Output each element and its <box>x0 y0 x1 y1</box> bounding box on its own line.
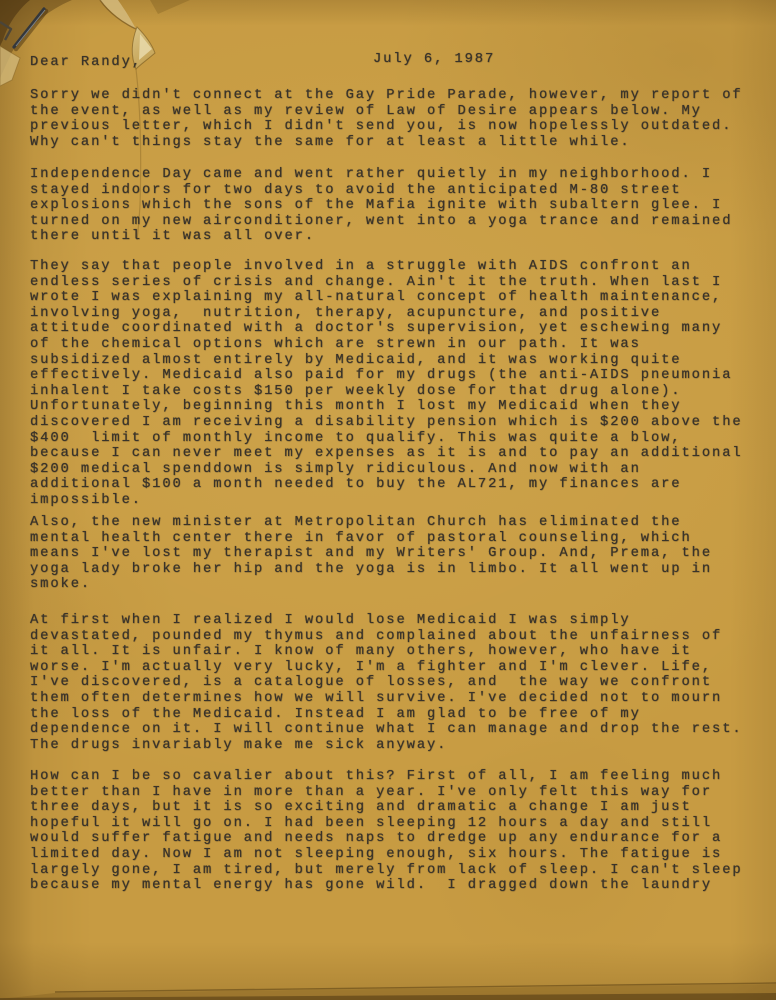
salutation: Dear Randy, <box>30 55 142 71</box>
letter-paragraph: How can I be so cavalier about this? Fir… <box>30 769 743 894</box>
staple-shadow <box>16 11 46 49</box>
corner-shadow-inner <box>0 0 30 46</box>
letter-paragraph: Sorry we didn't connect at the Gay Pride… <box>30 88 743 150</box>
date-line: July 6, 1987 <box>373 52 495 68</box>
bottom-page-edge <box>55 983 776 992</box>
letter-paragraph: They say that people involved in a strug… <box>30 259 743 509</box>
staple <box>14 9 44 47</box>
bottom-edge-dark <box>0 993 776 1000</box>
letter-paragraph: Also, the new minister at Metropolitan C… <box>30 515 712 593</box>
left-edge-tear <box>0 46 20 86</box>
staple-highlight <box>16 10 45 46</box>
letter-paragraph: At first when I realized I would lose Me… <box>30 613 743 753</box>
letter-page: Dear Randy, July 6, 1987 Sorry we didn't… <box>0 0 776 1000</box>
top-edge-shadow <box>150 0 190 14</box>
photographed-letter: Dear Randy, July 6, 1987 Sorry we didn't… <box>0 0 776 1000</box>
staple-fragment <box>0 22 11 40</box>
under-sheet-strip <box>0 984 776 1000</box>
torn-edge-backing <box>100 0 136 29</box>
tear-crease-line <box>100 0 136 29</box>
letter-paragraph: Independence Day came and went rather qu… <box>30 167 732 245</box>
